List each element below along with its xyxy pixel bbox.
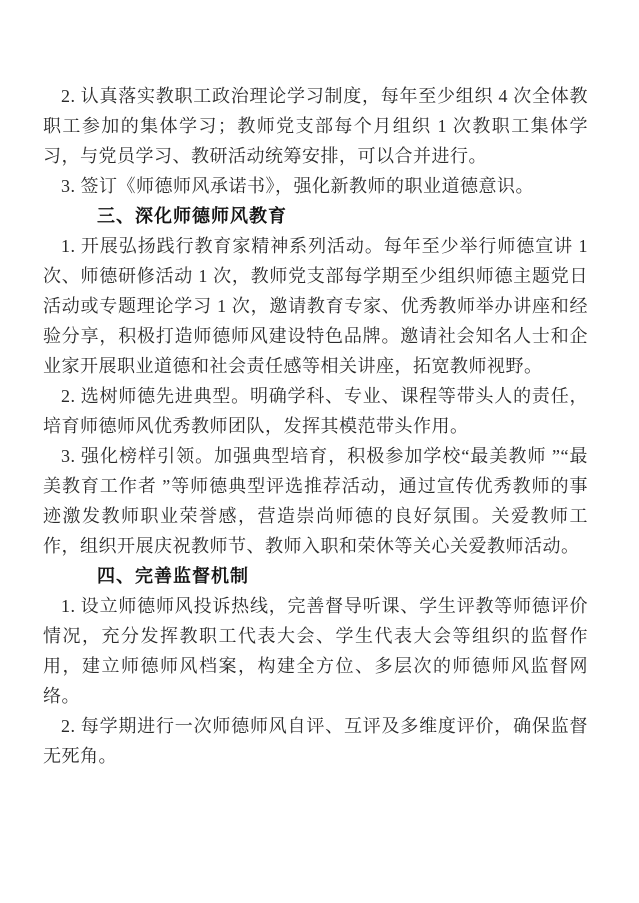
section-heading-4-improve-supervision: 四、完善监督机制 [43,561,588,591]
document-page: 2. 认真落实教职工政治理论学习制度，每年至少组织 4 次全体教职工参加的集体学… [0,0,639,903]
paragraph-educator-spirit-activities: 1. 开展弘扬践行教育家精神系列活动。每年至少举行师德宣讲 1 次、师德研修活动… [43,231,588,381]
paragraph-select-ethics-models: 2. 选树师德先进典型。明确学科、专业、课程等带头人的责任，培育师德师风优秀教师… [43,381,588,441]
paragraph-political-study: 2. 认真落实教职工政治理论学习制度，每年至少组织 4 次全体教职工参加的集体学… [43,81,588,171]
document-content: 2. 认真落实教职工政治理论学习制度，每年至少组织 4 次全体教职工参加的集体学… [43,81,588,771]
paragraph-complaint-hotline: 1. 设立师德师风投诉热线，完善督导听课、学生评教等师德评价情况，充分发挥教职工… [43,591,588,711]
paragraph-commitment-letter: 3. 签订《师德师风承诺书》，强化新教师的职业道德意识。 [43,171,588,201]
paragraph-semester-evaluation: 2. 每学期进行一次师德师风自评、互评及多维度评价，确保监督无死角。 [43,711,588,771]
section-heading-3-deepen-ethics-education: 三、深化师德师风教育 [43,201,588,231]
paragraph-role-model-guidance: 3. 强化榜样引领。加强典型培育，积极参加学校“最美教师 ”“最美教育工作者 ”… [43,441,588,561]
